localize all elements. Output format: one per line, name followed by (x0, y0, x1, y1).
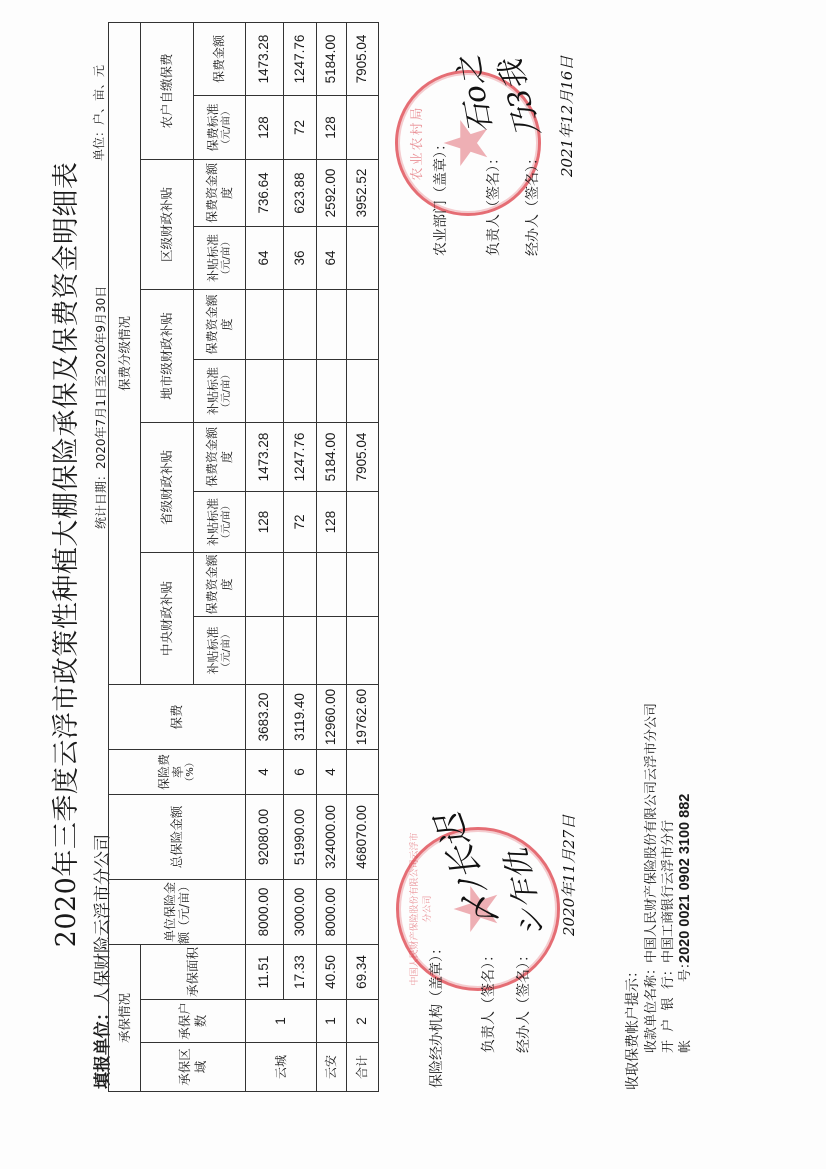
cell-farmer-amt: 1473.28 (246, 23, 284, 96)
cell-central-std (317, 617, 347, 685)
cell-city-amt (347, 290, 379, 360)
cell-region: 云安 (317, 1043, 347, 1092)
bank-heading: 收取保费帐户提示： (622, 964, 642, 1090)
table-row: 17.333000.0051990.0063119.40721247.76366… (284, 23, 317, 1092)
cell-area: 17.33 (284, 945, 317, 1000)
cell-district-std: 64 (317, 227, 347, 290)
cell-region: 云城 (246, 1043, 317, 1092)
cell-prov-amt: 7905.04 (347, 423, 379, 492)
col-header-unit-insured: 单位保险金额（元/亩） (109, 880, 246, 945)
group-header-underwriting: 承保情况 (109, 945, 141, 1092)
cell-farmer-std: 72 (284, 96, 317, 160)
cell-city-std (347, 360, 379, 423)
unit-note: 单位：户、亩、元 (90, 65, 107, 161)
cell-total-insured: 468070.00 (347, 795, 379, 880)
rate-unit: （%） (185, 750, 197, 794)
col-header-district-std: 补贴标准（元/亩） (194, 227, 246, 290)
cell-central-std (284, 617, 317, 685)
rate-label: 保险费率 (157, 754, 185, 790)
cell-city-amt (246, 290, 284, 360)
col-header-farmer-std: 保费标准（元/亩） (194, 96, 246, 160)
subsidy-std-label: 补贴标准 (206, 234, 220, 282)
cell-central-std (246, 617, 284, 685)
account-row: 帐 号：2020 0021 0902 3100 882 (674, 794, 693, 1053)
period-value: 2020年7月1日至2020年9月30日 (94, 286, 108, 469)
cell-premium: 12960.00 (317, 685, 347, 750)
statistics-period: 统计日期：2020年7月1日至2020年9月30日 (92, 286, 109, 529)
cell-city-std (246, 360, 284, 423)
col-header-households: 承保户数 (141, 1000, 246, 1043)
cell-city-std (317, 360, 347, 423)
insurer-head-label: 负责人（签名）： (478, 948, 498, 1053)
agri-stamp-text: 农业农村局 (406, 73, 425, 213)
cell-prov-amt: 1473.28 (246, 423, 284, 492)
insurer-date: 2020年11月27日 (558, 815, 579, 936)
cell-district-std (347, 227, 379, 290)
col-header-rate: 保险费率（%） (109, 750, 246, 795)
cell-farmer-amt: 5184.00 (317, 23, 347, 96)
cell-district-amt: 3952.52 (347, 160, 379, 227)
cell-rate: 4 (246, 750, 284, 795)
col-header-region: 承保区域 (141, 1043, 246, 1092)
cell-farmer-std: 128 (317, 96, 347, 160)
agri-date: 2021年12月16日 (556, 56, 577, 177)
table-row: 云城111.518000.0092080.0043683.201281473.2… (246, 23, 284, 1092)
table-row: 合计269.34468070.0019762.607905.043952.527… (347, 23, 379, 1092)
cell-area: 11.51 (246, 945, 284, 1000)
col-header-total-insured: 总保险金额 (109, 795, 246, 880)
cell-unit-insured: 3000.00 (284, 880, 317, 945)
group-header-district: 区级财政补贴 (141, 160, 194, 290)
cell-city-amt (284, 290, 317, 360)
col-header-city-amt: 保费资金额度 (194, 290, 246, 360)
table-row: 云安140.508000.00324000.00412960.001285184… (317, 23, 347, 1092)
insurer-handler-label: 经办人（签名）： (513, 948, 533, 1053)
account-label: 帐 号： (674, 963, 693, 1053)
premium-std-label: 保费标准 (206, 104, 220, 152)
cell-households: 1 (246, 1000, 317, 1043)
cell-premium: 3683.20 (246, 685, 284, 750)
col-header-premium: 保费 (109, 685, 246, 750)
cell-farmer-std: 128 (246, 96, 284, 160)
group-header-provincial: 省级财政补贴 (141, 423, 194, 553)
account-value: 2020 0021 0902 3100 882 (677, 794, 693, 963)
premium-detail-table: 承保情况 单位保险金额（元/亩） 总保险金额 保险费率（%） 保费 保费分级情况… (108, 22, 379, 1092)
cell-central-amt (347, 553, 379, 617)
col-header-city-std: 补贴标准（元/亩） (194, 360, 246, 423)
cell-rate: 4 (317, 750, 347, 795)
cell-prov-std: 128 (317, 492, 347, 553)
cell-farmer-amt: 7905.04 (347, 23, 379, 96)
subsidy-std-unit: （元/亩） (221, 617, 233, 684)
subsidy-std-label: 补贴标准 (206, 367, 220, 415)
group-header-central: 中央财政补贴 (141, 553, 194, 685)
premium-std-unit: （元/亩） (221, 96, 233, 159)
col-header-central-amt: 保费资金额度 (194, 553, 246, 617)
cell-prov-std (347, 492, 379, 553)
cell-prov-std: 72 (284, 492, 317, 553)
cell-area: 69.34 (347, 945, 379, 1000)
cell-city-amt (317, 290, 347, 360)
subsidy-std-unit: （元/亩） (221, 360, 233, 422)
subsidy-std-label: 补贴标准 (206, 627, 220, 675)
cell-city-std (284, 360, 317, 423)
cell-unit-insured: 8000.00 (317, 880, 347, 945)
cell-prov-amt: 5184.00 (317, 423, 347, 492)
cell-households: 1 (317, 1000, 347, 1043)
group-header-farmer: 农户自缴保费 (141, 23, 194, 160)
group-header-city: 地市级财政补贴 (141, 290, 194, 423)
cell-premium: 19762.60 (347, 685, 379, 750)
cell-central-amt (284, 553, 317, 617)
cell-rate (347, 750, 379, 795)
col-header-prov-amt: 保费资金额度 (194, 423, 246, 492)
cell-district-std: 64 (246, 227, 284, 290)
period-label: 统计日期： (94, 469, 108, 529)
cell-premium: 3119.40 (284, 685, 317, 750)
col-header-prov-std: 补贴标准（元/亩） (194, 492, 246, 553)
cell-prov-std: 128 (246, 492, 284, 553)
cell-farmer-amt: 1247.76 (284, 23, 317, 96)
cell-total-insured: 51990.00 (284, 795, 317, 880)
col-header-farmer-amt: 保费金额 (194, 23, 246, 96)
cell-households: 2 (347, 1000, 379, 1043)
col-header-area: 承保面积 (141, 945, 246, 1000)
cell-area: 40.50 (317, 945, 347, 1000)
cell-unit-insured: 8000.00 (246, 880, 284, 945)
cell-total-insured: 324000.00 (317, 795, 347, 880)
cell-prov-amt: 1247.76 (284, 423, 317, 492)
cell-farmer-std (347, 96, 379, 160)
cell-central-amt (246, 553, 284, 617)
cell-district-amt: 736.64 (246, 160, 284, 227)
cell-total-insured: 92080.00 (246, 795, 284, 880)
agri-head-label: 负责人（签名）： (483, 151, 503, 256)
cell-district-std: 36 (284, 227, 317, 290)
cell-region: 合计 (347, 1043, 379, 1092)
cell-central-std (347, 617, 379, 685)
subsidy-std-unit: （元/亩） (221, 227, 233, 289)
agri-org-label: 农业部门（盖章）： (430, 137, 450, 256)
document-title: 2020年三季度云浮市政策性种植大棚保险承保及保费资金明细表 (44, 0, 83, 1139)
subsidy-std-label: 补贴标准 (206, 498, 220, 546)
col-header-central-std: 补贴标准（元/亩） (194, 617, 246, 685)
cell-district-amt: 2592.00 (317, 160, 347, 227)
cell-rate: 6 (284, 750, 317, 795)
cell-central-amt (317, 553, 347, 617)
agri-handler-label: 经办人（签名）： (522, 151, 542, 256)
col-header-district-amt: 保费资金额度 (194, 160, 246, 227)
insurer-org-label: 保险经办机构（盖章）： (426, 941, 446, 1088)
cell-district-amt: 623.88 (284, 160, 317, 227)
rotated-document-page: 2020年三季度云浮市政策性种植大棚保险承保及保费资金明细表 填报单位：人保财险… (0, 0, 826, 1169)
cell-unit-insured (347, 880, 379, 945)
subsidy-std-unit: （元/亩） (221, 492, 233, 552)
group-header-premium-split: 保费分级情况 (109, 23, 141, 685)
